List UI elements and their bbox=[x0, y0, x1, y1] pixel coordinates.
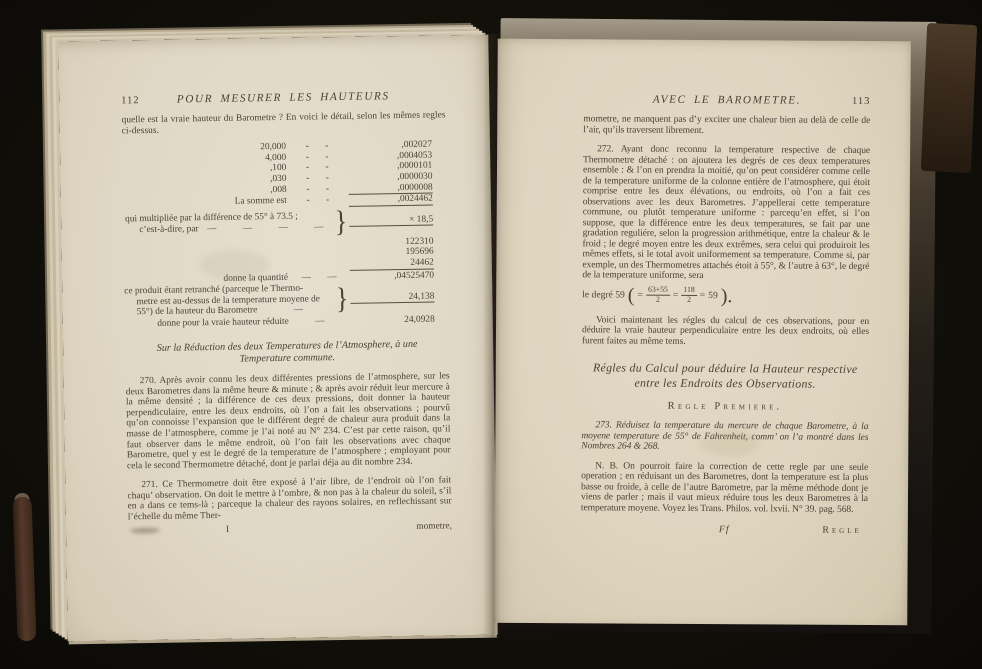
barometer-height-value: 24,138 bbox=[350, 292, 434, 305]
sum-value: ,0024462 bbox=[349, 194, 433, 207]
em-dash: — bbox=[289, 316, 351, 328]
right-page-header: AVEC LE BAROMETRE. 113 bbox=[583, 93, 870, 107]
formula-line: le degré 59 ( = 63+55 2 = 118 2 = 59 ). bbox=[582, 284, 869, 308]
curly-brace: } bbox=[336, 284, 349, 314]
intro-paragraph: quelle est la vraie hauteur du Barometre… bbox=[121, 110, 445, 136]
book-photo: 112 POUR MESURER LES HAUTEURS quelle est… bbox=[0, 0, 982, 669]
right-page: AVEC LE BAROMETRE. 113 mometre, ne manqu… bbox=[494, 39, 911, 626]
paragraph-270: 270. Après avoir connu les deux différen… bbox=[126, 371, 451, 471]
close-paren: ). bbox=[721, 286, 733, 306]
signature-mark: Ff bbox=[719, 524, 730, 535]
formula-result: 59 bbox=[708, 290, 718, 301]
ink-smudge bbox=[130, 528, 160, 533]
fraction: 63+55 2 bbox=[646, 286, 670, 304]
paper-stain bbox=[700, 430, 760, 456]
mult-dashes: — — — — bbox=[207, 222, 324, 234]
result-row: donne pour la vraie hauteur réduite — 24… bbox=[125, 315, 435, 330]
book-cover-edge-left bbox=[12, 497, 36, 642]
paragraph-271: 271. Ce Thermometre doit être exposé à l… bbox=[127, 476, 452, 523]
paragraph-voici: Voici maintenant les régles du calcul de… bbox=[582, 315, 869, 348]
multiplication-block: qui multipliée par la différence de 55° … bbox=[123, 207, 433, 238]
partial-products: 122310 195696 24462 bbox=[123, 236, 433, 274]
left-catch-line: I mometre, bbox=[128, 521, 452, 536]
open-paren: ( bbox=[628, 285, 635, 305]
signature-mark: I bbox=[226, 524, 229, 534]
result-label: donne pour la vraie hauteur réduite bbox=[157, 317, 289, 330]
right-page-number: 113 bbox=[826, 96, 870, 107]
left-page-number: 112 bbox=[121, 95, 165, 107]
left-page: 112 POUR MESURER LES HAUTEURS quelle est… bbox=[58, 35, 497, 642]
subtract-line3: 55°) de la hauteur du Barometre — bbox=[124, 304, 332, 318]
paragraph-272: 272. Ayant donc reconnu la temperature r… bbox=[582, 144, 870, 282]
curly-brace: } bbox=[334, 207, 347, 237]
product-value: ,04525470 bbox=[350, 270, 434, 282]
rule-title: Regle Premiere. bbox=[582, 400, 869, 413]
paper-stain bbox=[200, 250, 270, 280]
mult-label-line2: c’est-à-dire, par bbox=[139, 224, 198, 235]
fraction: 118 2 bbox=[681, 286, 697, 304]
rules-heading: Régles du Calcul pour déduire la Hauteur… bbox=[582, 360, 869, 391]
left-running-title: POUR MESURER LES HAUTEURS bbox=[165, 90, 401, 106]
section-heading: Sur la Réduction des deux Temperatures d… bbox=[125, 338, 449, 367]
subtraction-block: ce produit étant retranché (parceque le … bbox=[124, 282, 434, 318]
catchword: Regle bbox=[730, 524, 868, 536]
right-running-title: AVEC LE BAROMETRE. bbox=[627, 94, 826, 107]
mult-factor: × 18,5 bbox=[349, 215, 433, 228]
paragraph-nb: N. B. On pourroit faire la correction de… bbox=[581, 461, 868, 515]
book-gutter-shadow bbox=[483, 34, 501, 638]
left-page-header: 112 POUR MESURER LES HAUTEURS bbox=[121, 89, 445, 106]
right-catch-line: Ff Regle bbox=[581, 523, 868, 536]
formula-prefix: le degré 59 bbox=[582, 289, 625, 300]
book-cover-corner bbox=[921, 23, 977, 173]
result-value: 24,0928 bbox=[351, 315, 435, 327]
continuation-paragraph: mometre, ne manquent pas d’y exciter une… bbox=[583, 114, 870, 137]
sum-label: La somme est bbox=[235, 196, 287, 207]
catchword: mometre, bbox=[416, 521, 452, 532]
em-dash: — bbox=[293, 305, 303, 315]
addition-table: 20,000 - - ,002027 4,000 - - ,0004053 ,1… bbox=[122, 140, 433, 210]
partial-product: 24462 bbox=[350, 257, 434, 270]
